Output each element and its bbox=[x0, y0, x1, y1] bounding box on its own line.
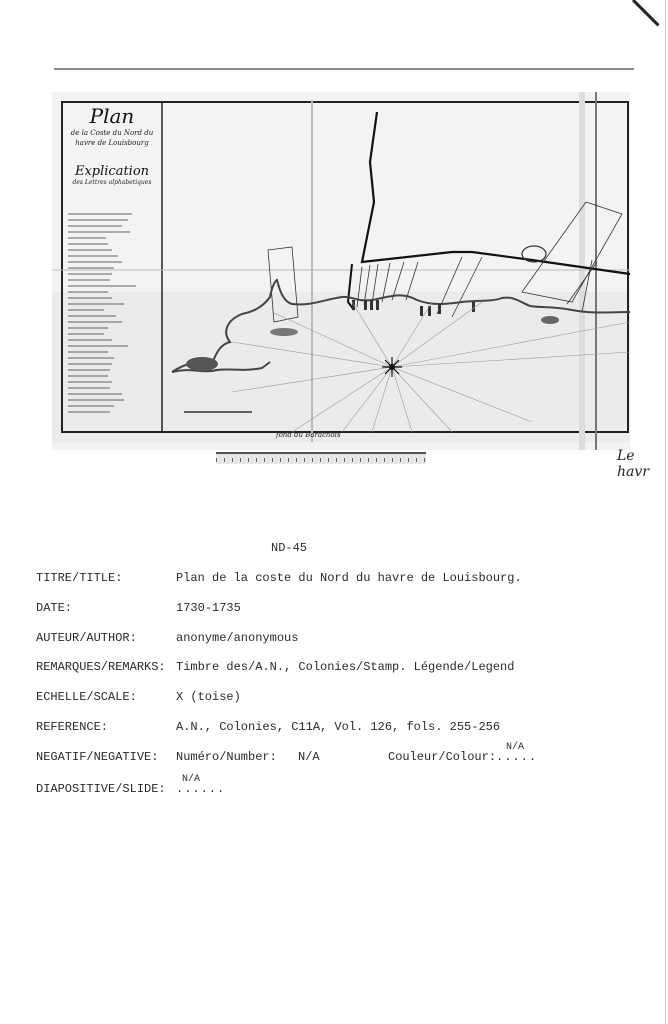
field-label: ECHELLE/SCALE: bbox=[36, 690, 137, 704]
field-label: NEGATIF/NEGATIVE: bbox=[36, 750, 158, 764]
legend-subtitle-1: de la Coste du Nord du bbox=[62, 128, 162, 138]
field-label: TITRE/TITLE: bbox=[36, 571, 122, 585]
map-label-havre: Le havr bbox=[617, 448, 649, 480]
negative-number-value: N/A bbox=[298, 750, 320, 764]
field-value: Numéro/Number: N/A bbox=[176, 750, 320, 764]
negative-colour-value: N/A bbox=[506, 742, 524, 753]
negative-number-label: Numéro/Number: bbox=[176, 750, 277, 764]
explication-subtitle: des Lettres alphabetiques bbox=[62, 179, 162, 186]
negative-colour: Couleur/Colour:..... N/A bbox=[388, 750, 537, 764]
field-value: X (toise) bbox=[176, 690, 241, 704]
measurement-ruler bbox=[216, 452, 426, 464]
field-label: REMARQUES/REMARKS: bbox=[36, 660, 166, 674]
map-legend: Plan de la Coste du Nord du havre de Lou… bbox=[62, 102, 162, 432]
field-value: anonyme/anonymous bbox=[176, 631, 298, 645]
page-corner-mark bbox=[632, 0, 668, 27]
field-label: REFERENCE: bbox=[36, 720, 108, 734]
field-value: Plan de la coste du Nord du havre de Lou… bbox=[176, 571, 522, 585]
negative-colour-label: Couleur/Colour: bbox=[388, 750, 496, 764]
explication-title: Explication bbox=[62, 164, 162, 179]
slide-value: N/A bbox=[182, 774, 200, 785]
field-label: DIAPOSITIVE/SLIDE: bbox=[36, 782, 166, 796]
legend-title: Plan bbox=[62, 104, 162, 128]
page-edge bbox=[665, 0, 666, 1024]
field-label: AUTEUR/AUTHOR: bbox=[36, 631, 137, 645]
field-value: Timbre des/A.N., Colonies/Stamp. Légende… bbox=[176, 660, 514, 674]
field-value: ...... N/A bbox=[176, 782, 225, 796]
map-label-fond: fond du Barachois bbox=[276, 431, 341, 439]
legend-subtitle-2: havre de Louisbourg bbox=[62, 138, 162, 148]
document-id: ND-45 bbox=[271, 541, 307, 555]
field-label: DATE: bbox=[36, 601, 72, 615]
top-rule bbox=[54, 68, 634, 70]
field-value: A.N., Colonies, C11A, Vol. 126, fols. 25… bbox=[176, 720, 500, 734]
field-value: 1730-1735 bbox=[176, 601, 241, 615]
